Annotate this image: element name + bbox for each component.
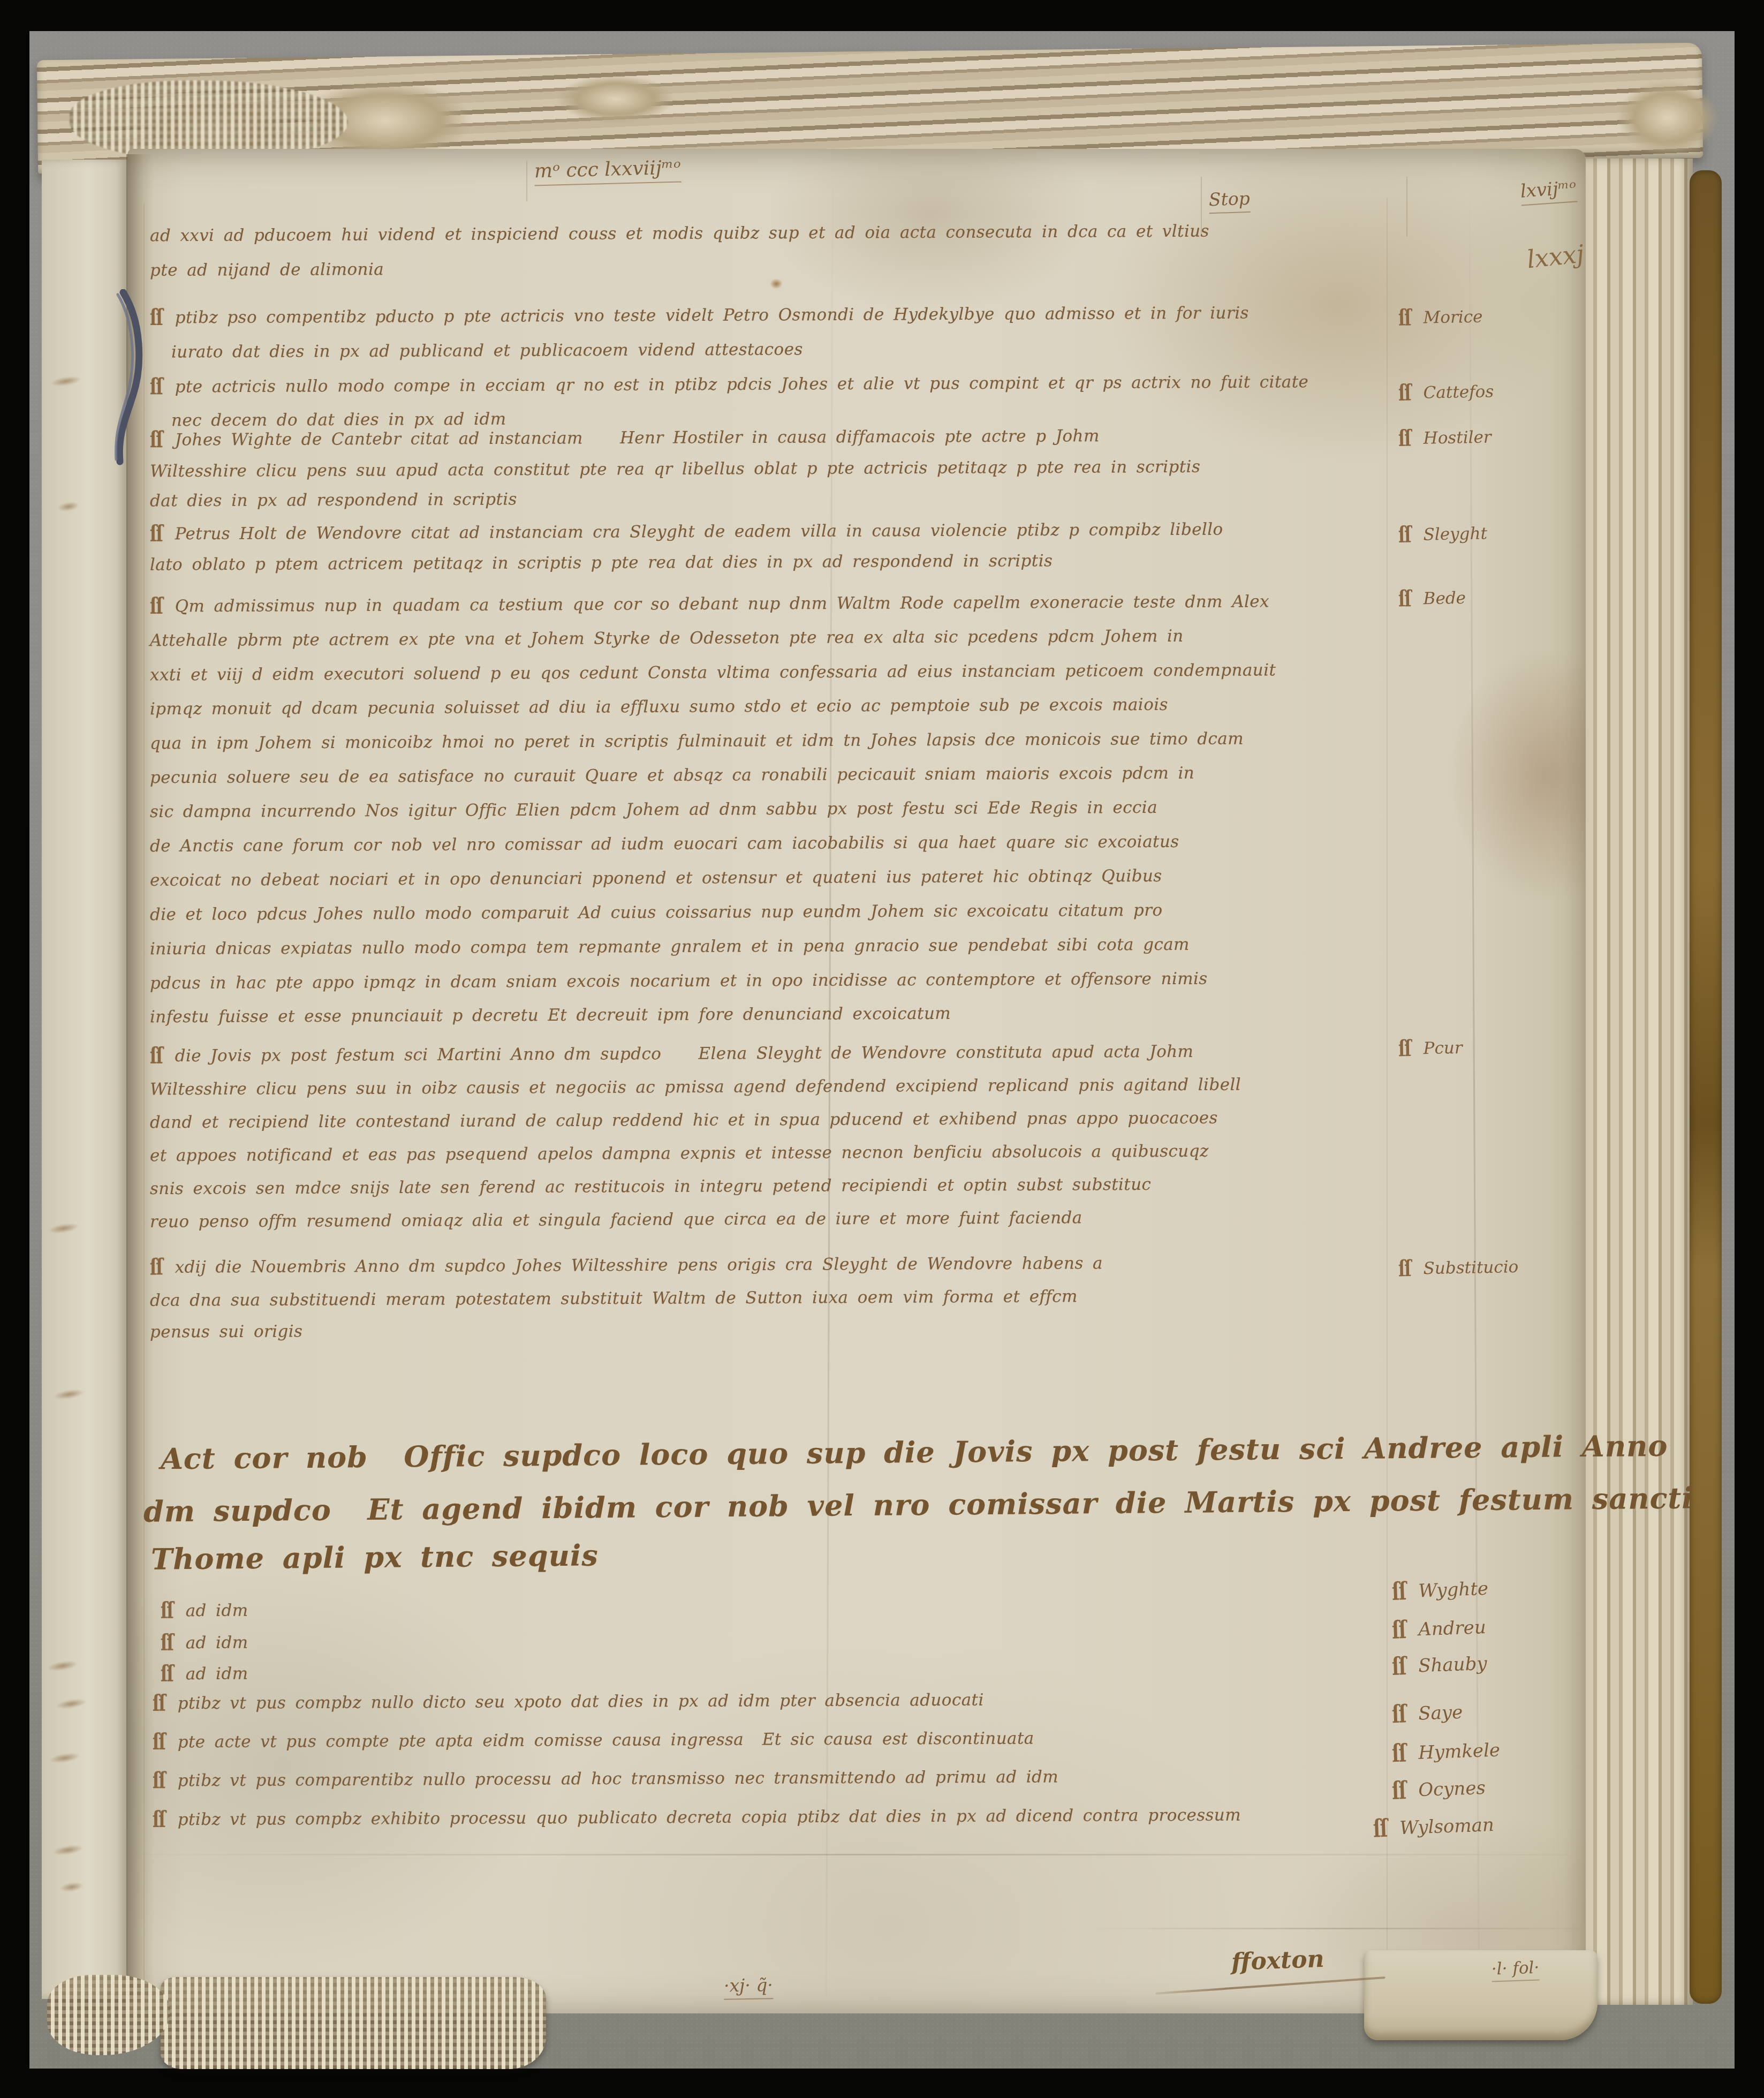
paraph-mark: ſſ [1398, 426, 1411, 452]
headband-fray [1617, 80, 1718, 155]
margin-note: ſſSubstitucio [1398, 1257, 1519, 1279]
body-line: pte ad nijand de alimonia [150, 260, 384, 280]
header-rule [526, 161, 527, 201]
horizontal-crease [134, 1854, 1569, 1855]
entry-line: ſſptibz vt pus compbz nullo dicto seu xp… [153, 1691, 984, 1714]
margin-note-text: Cattefos [1423, 382, 1494, 402]
paraph-mark: ſſ [1391, 1616, 1406, 1645]
corner-mark: ·l· fol· [1491, 1958, 1540, 1982]
paraph-mark: ſſ [1373, 1814, 1387, 1844]
paraph-mark: ſſ [1398, 1256, 1411, 1282]
margin-name-text: Andreu [1418, 1617, 1487, 1640]
paraph-mark: ſſ [1391, 1776, 1406, 1806]
bleedthrough-mark [57, 501, 80, 512]
stop-note-text: Stop [1208, 188, 1250, 210]
paraph-mark: ſſ [150, 305, 162, 331]
line-text: iurato dat dies in px ad publicand et pu… [171, 339, 803, 361]
margin-note-text: Morice [1423, 307, 1482, 328]
margin-note: ſſPcur [1398, 1038, 1463, 1059]
signature-text: ffoxton [1231, 1945, 1324, 1976]
body-line: reuo penso offm resumend omiaqz alia et … [150, 1208, 1082, 1232]
bleedthrough-mark [49, 1752, 81, 1765]
margin-name: ſſShauby [1391, 1653, 1487, 1678]
bleedthrough-mark [48, 1222, 80, 1235]
bleedthrough-mark [50, 375, 82, 388]
ad-idem-line: ſſad idm [161, 1633, 248, 1653]
folio-number-new-text: lxxxj [1525, 239, 1585, 274]
body-line: nec decem do dat dies in px ad idm [171, 410, 506, 431]
headband-fray [557, 75, 675, 123]
line-text: pensus sui origis [150, 1322, 302, 1341]
margin-name-text: Wyghte [1418, 1578, 1489, 1602]
paraph-mark: ſſ [161, 1661, 173, 1687]
line-text: ptibz vt pus compbz nullo dicto seu xpot… [178, 1691, 984, 1714]
body-line: dca dna sua substituendi meram potestate… [150, 1287, 1078, 1310]
right-margin-rule [1387, 198, 1388, 1971]
bleedthrough-mark [55, 1697, 87, 1711]
bookmark-cord [102, 289, 153, 466]
line-text: lato oblato p ptem actricem petitaqz in … [150, 551, 1053, 574]
fore-edge-page-stack [1585, 159, 1693, 2005]
paraph-mark: ſſ [1398, 586, 1411, 612]
paraph-mark: ſſ [153, 1691, 165, 1717]
line-text: ad idm [186, 1601, 248, 1621]
paraph-mark: ſſ [153, 1729, 165, 1755]
header-rule [1406, 177, 1407, 237]
left-margin-rule [143, 203, 145, 1981]
corner-mark-text: ·l· fol· [1491, 1958, 1540, 1979]
paraph-mark: ſſ [150, 1254, 162, 1280]
margin-note: ſſCattefos [1398, 382, 1494, 403]
body-line: dat dies in px ad respondend in scriptis [150, 490, 517, 511]
line-text: dca dna sua substituendi meram potestate… [150, 1287, 1078, 1310]
folio-number-old-text: lxvijᵐᵒ [1519, 177, 1577, 202]
line-text: infestu fuisse et esse pnunciauit p decr… [150, 1004, 951, 1027]
body-line: iurato dat dies in px ad publicand et pu… [171, 339, 803, 361]
paraph-mark: ſſ [150, 427, 162, 453]
margin-note-text: Substitucio [1423, 1257, 1518, 1278]
year-heading: mᵒ ccc lxxviijᵐᵒ [534, 156, 681, 186]
line-text: reuo penso offm resumend omiaqz alia et … [150, 1208, 1082, 1232]
paraph-mark: ſſ [1391, 1577, 1406, 1606]
paraph-mark: ſſ [1398, 522, 1411, 548]
bleedthrough-mark [47, 1659, 79, 1673]
margin-note: ſſHostiler [1398, 427, 1492, 448]
bleedthrough-mark [52, 1844, 84, 1857]
margin-name: ſſWyghte [1391, 1578, 1488, 1603]
paraph-mark: ſſ [161, 1598, 173, 1624]
margin-note-text: Pcur [1423, 1038, 1463, 1058]
margin-name-text: Hymkele [1418, 1739, 1501, 1763]
line-text: pte acte vt pus compte pte apta eidm com… [178, 1729, 1034, 1752]
margin-note: ſſMorice [1398, 307, 1483, 328]
quire-mark: ·xj· q̃· [724, 1974, 774, 2000]
year-heading-text: mᵒ ccc lxxviijᵐᵒ [534, 156, 681, 182]
registrar-signature: ffoxton [1231, 1945, 1324, 1976]
line-text: nec decem do dat dies in px ad idm [171, 410, 506, 431]
paraph-mark: ſſ [1391, 1652, 1406, 1681]
bleedthrough-mark [59, 1881, 84, 1893]
stop-note: Stop [1208, 188, 1250, 214]
line-text: pte ad nijand de alimonia [150, 260, 384, 280]
acta-heading-line: Thome apli px tnc sequis [151, 1538, 599, 1576]
paraph-mark: ſſ [153, 1768, 165, 1794]
binding-cloth-bottom [161, 1977, 546, 2069]
margin-note: ſſSleyght [1398, 524, 1488, 545]
margin-note-text: Hostiler [1423, 427, 1492, 448]
margin-note-text: Bede [1423, 588, 1466, 608]
margin-name-text: Wylsoman [1399, 1814, 1495, 1839]
page-corner-fold [1364, 1950, 1598, 2040]
manuscript-photo: mᵒ ccc lxxviijᵐᵒ Stop lxvijᵐᵒ lxxxj ad x… [0, 0, 1764, 2098]
folio-number-new: lxxxj [1525, 239, 1585, 274]
line-text: ad idm [186, 1633, 248, 1653]
folio-number-old: lxvijᵐᵒ [1519, 177, 1577, 206]
margin-name: ſſSaye [1391, 1702, 1463, 1726]
margin-note-text: Sleyght [1423, 524, 1487, 545]
margin-name-text: Ocynes [1418, 1777, 1486, 1801]
paraph-mark: ſſ [1398, 380, 1411, 406]
paraph-mark: ſſ [1398, 305, 1411, 331]
body-line: pensus sui origis [150, 1322, 302, 1341]
paraph-mark: ſſ [1391, 1739, 1406, 1769]
entry-line: ſſptibz vt pus comparentibz nullo proces… [153, 1767, 1058, 1790]
ad-idem-line: ſſad idm [161, 1601, 248, 1621]
margin-name-text: Saye [1418, 1702, 1463, 1725]
margin-name: ſſAndreu [1391, 1617, 1486, 1641]
paraph-mark: ſſ [150, 593, 162, 620]
body-line: infestu fuisse et esse pnunciauit p decr… [150, 1004, 951, 1027]
margin-name: ſſHymkele [1391, 1739, 1500, 1764]
paraph-mark: ſſ [1391, 1700, 1406, 1729]
paraph-mark: ſſ [150, 1043, 162, 1069]
line-text: Johes Wighte de Cantebr citat ad instanc… [175, 426, 1100, 450]
margin-name-text: Shauby [1418, 1653, 1488, 1677]
margin-name: ſſWylsoman [1373, 1814, 1494, 1840]
line-text: xdij die Nouembris Anno dm supdco Johes … [175, 1254, 1103, 1277]
paraph-mark: ſſ [161, 1630, 173, 1656]
bleedthrough-mark [53, 1388, 85, 1401]
entry-line: ſſpte acte vt pus compte pte apta eidm c… [153, 1729, 1034, 1752]
line-text: ad idm [186, 1664, 248, 1684]
paraph-mark: ſſ [153, 1807, 165, 1833]
paraph-mark: ſſ [1398, 1036, 1411, 1062]
margin-name: ſſOcynes [1391, 1777, 1486, 1802]
ad-idem-line: ſſad idm [161, 1664, 248, 1684]
line-text: ptibz vt pus comparentibz nullo processu… [178, 1767, 1058, 1790]
line-text: Thome apli px tnc sequis [151, 1538, 599, 1576]
paraph-mark: ſſ [150, 521, 162, 547]
binding-leather-band [1690, 170, 1722, 2004]
line-text: dat dies in px ad respondend in scriptis [150, 490, 517, 511]
paraph-mark: ſſ [150, 374, 162, 400]
margin-note: ſſBede [1398, 588, 1466, 609]
quire-mark-text: ·xj· q̃· [724, 1974, 774, 1996]
body-line: lato oblato p ptem actricem petitaqz in … [150, 551, 1053, 574]
horizontal-crease [1097, 1928, 1579, 1929]
